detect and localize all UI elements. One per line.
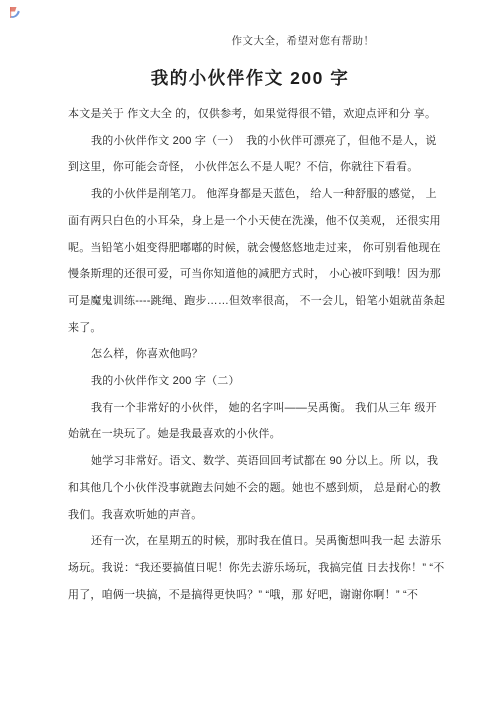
text-line: 我们。我喜欢听她的声音。 — [68, 502, 446, 529]
text-line: 用了，咱俩一块搞，不是搞得更快吗？” “哦，那 好吧，谢谢你啊！” “不 — [68, 582, 446, 609]
text-line: 可是魔鬼训练----跳绳、跑步……但效率很高， 不一会儿，铅笔小姐就苗条起 — [68, 288, 446, 315]
text-line: 她学习非常好。语文、数学、英语回回考试都在 90 分以上。所 以，我 — [68, 448, 446, 475]
text-line: 我的小伙伴作文 200 字（二） — [68, 368, 446, 395]
text-line: 面有两只白色的小耳朵，身上是一个小天使在洗澡，他不仅美观， 还很实用 — [68, 208, 446, 235]
document-body: 本文是关于 作文大全 的，仅供参考，如果觉得很不错，欢迎点评和分 享。我的小伙伴… — [68, 101, 446, 608]
text-line: 始就在一块玩了。她是我最喜欢的小伙伴。 — [68, 421, 446, 448]
page-title: 我的小伙伴作文 200 字 — [0, 65, 500, 90]
text-line: 到这里，你可能会奇怪， 小伙伴怎么不是人呢？不信，你就往下看看。 — [68, 154, 446, 181]
text-line: 本文是关于 作文大全 的，仅供参考，如果觉得很不错，欢迎点评和分 享。 — [68, 101, 446, 128]
text-line: 还有一次，在星期五的时候，那时我在值日。吴禹衡想叫我一起 去游乐 — [68, 528, 446, 555]
text-line: 我有一个非常好的小伙伴， 她的名字叫——吴禹衡。 我们从三年 级开 — [68, 395, 446, 422]
text-line: 怎么样，你喜欢他吗？ — [68, 341, 446, 368]
text-line: 场玩。我说：“我还要搞值日呢！你先去游乐场玩，我搞完值 日去找你！” “不 — [68, 555, 446, 582]
text-line: 和其他几个小伙伴没事就跑去问她不会的题。她也不感到烦， 总是耐心的教 — [68, 475, 446, 502]
document-page: { "page": { "header": "作文大全，希望对您有帮助！", "… — [0, 0, 500, 708]
site-logo-icon — [7, 5, 23, 21]
text-line: 来了。 — [68, 315, 446, 342]
text-line: 我的小伙伴作文 200 字（一） 我的小伙伴可漂亮了，但他不是人，说 — [68, 128, 446, 155]
text-line: 呢。当铅笔小姐变得肥嘟嘟的时候，就会慢悠悠地走过来， 你可别看他现在 — [68, 235, 446, 262]
text-line: 我的小伙伴是削笔刀。 他浑身都是天蓝色， 给人一种舒服的感觉， 上 — [68, 181, 446, 208]
page-header-text: 作文大全，希望对您有帮助！ — [0, 0, 500, 48]
text-line: 慢条斯理的还很可爱，可当你知道他的减肥方式时， 小心被吓到哦！因为那 — [68, 261, 446, 288]
